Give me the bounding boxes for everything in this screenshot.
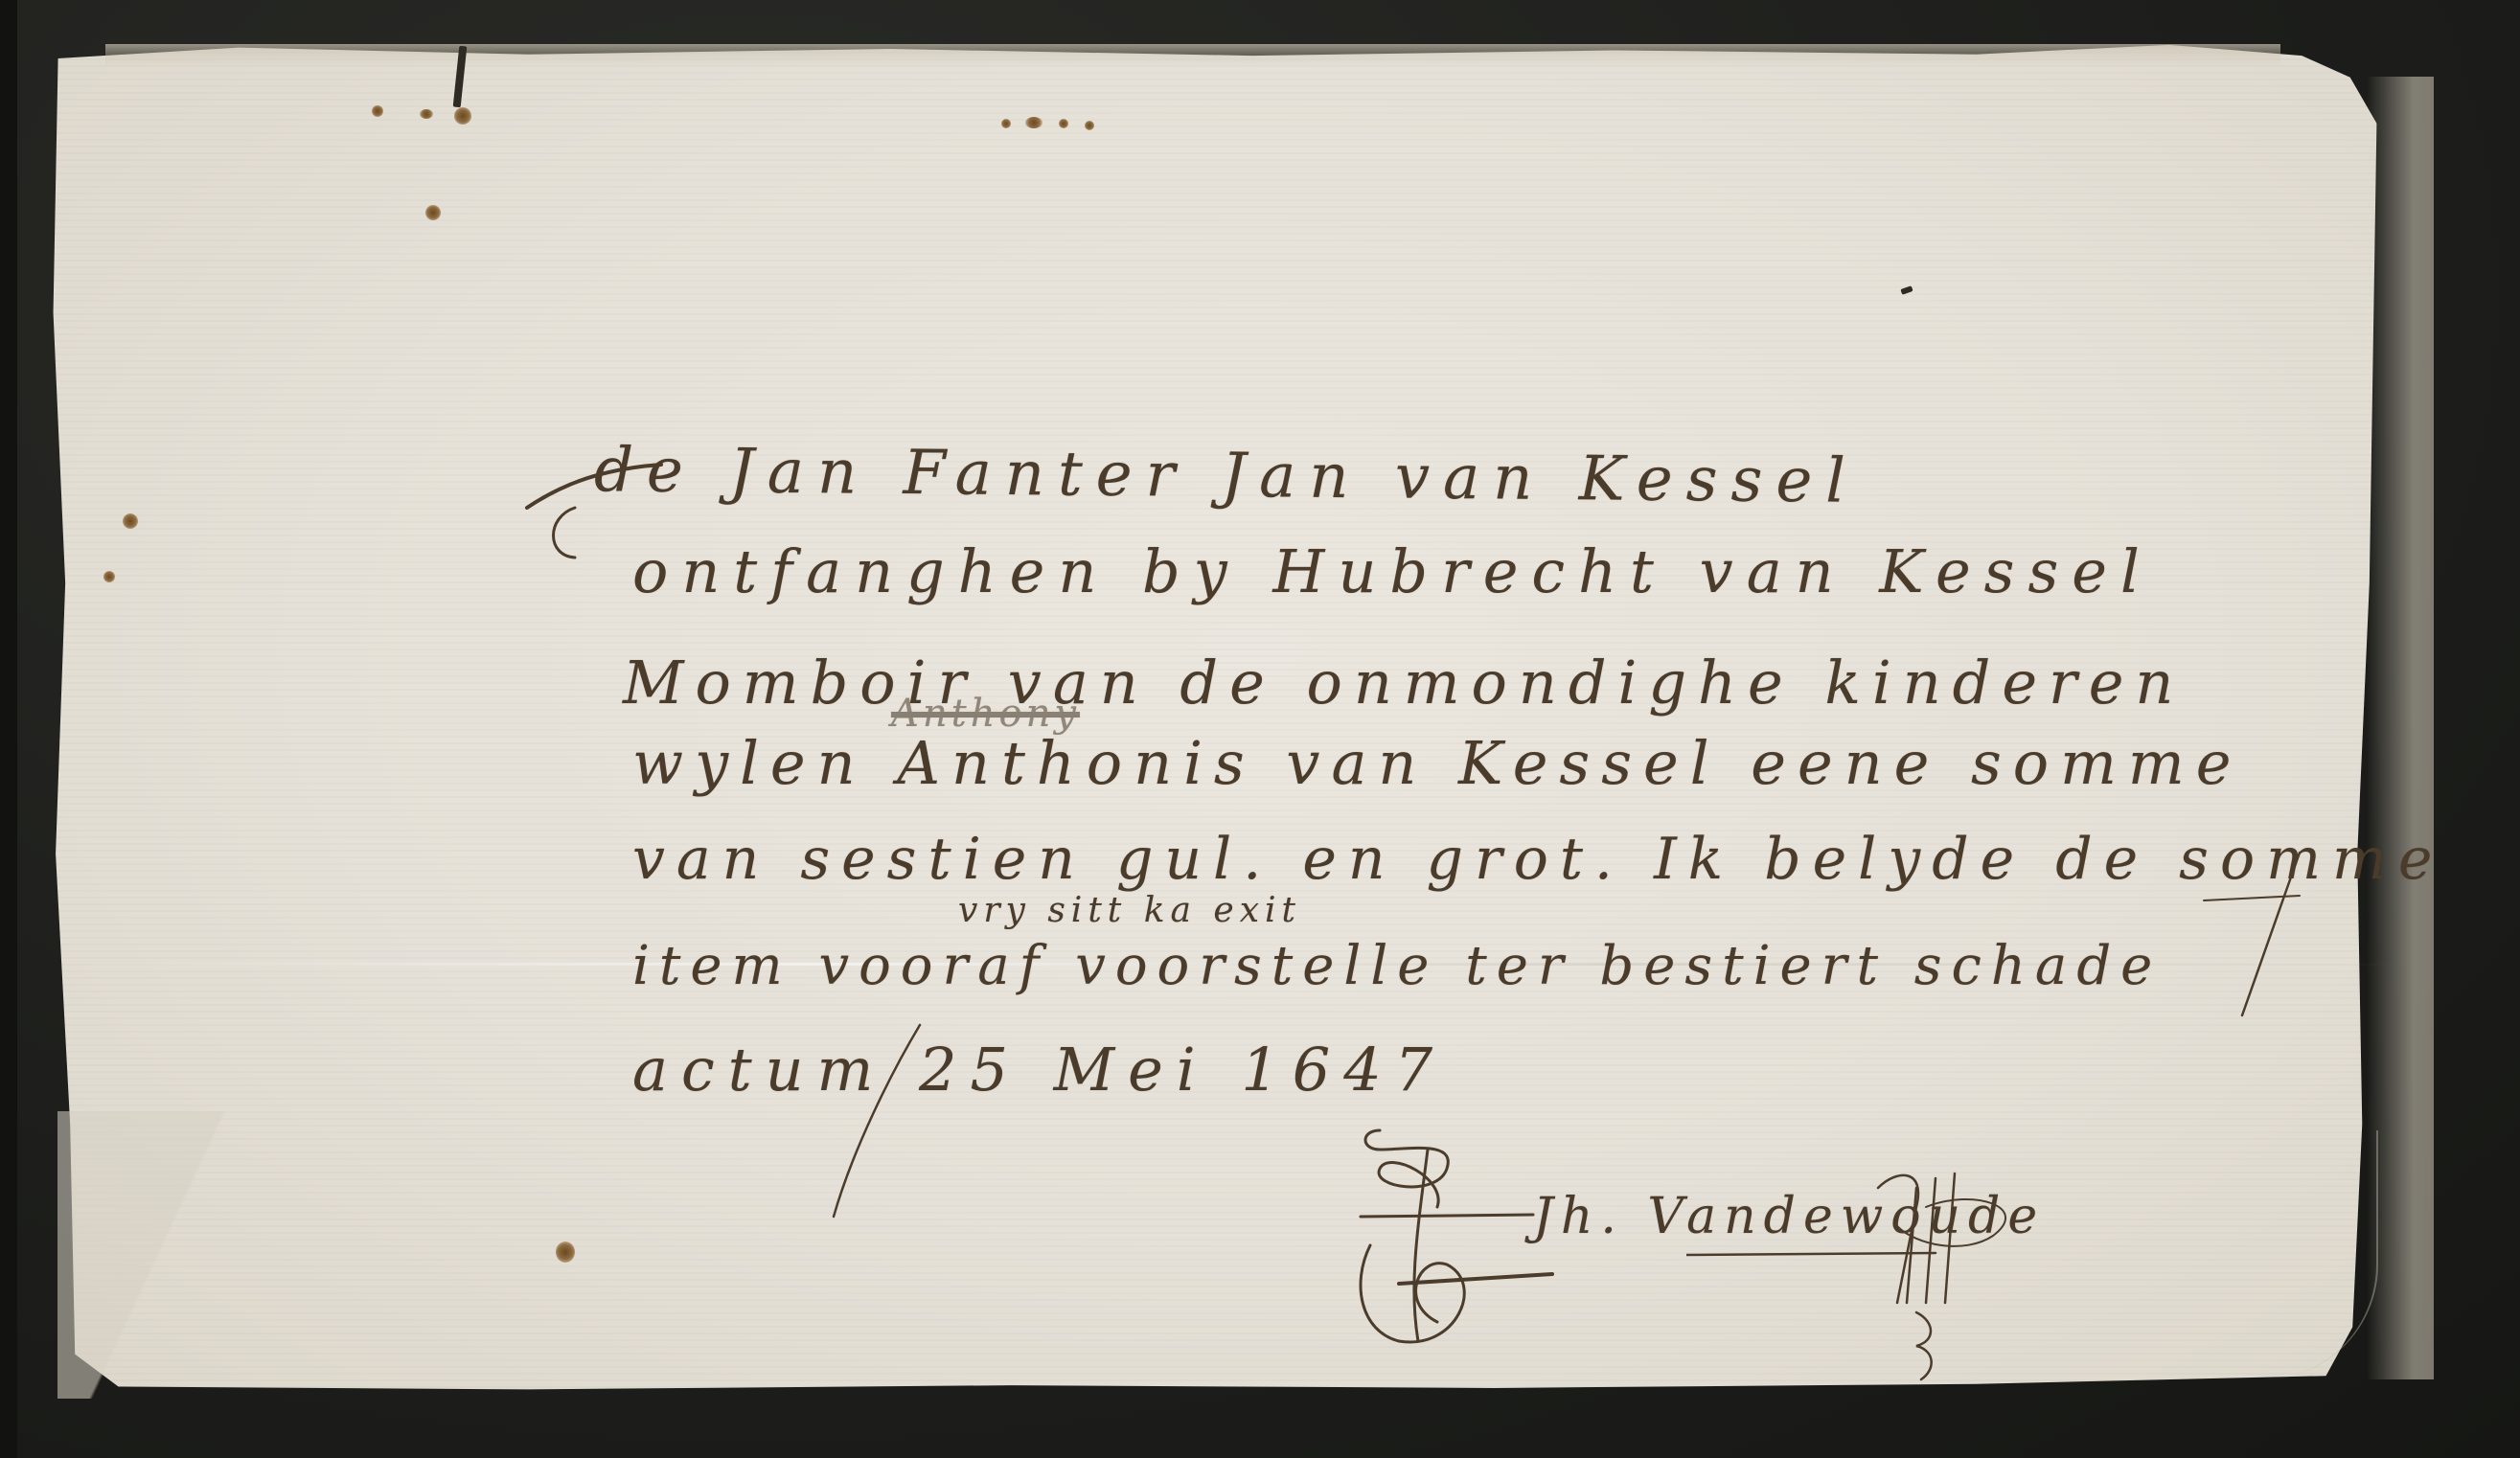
manuscript-line-7-date: actum 25 Mei 1647 [632, 1035, 1446, 1105]
manuscript-line-1: de Jan Fanter Jan van Kessel [594, 435, 1859, 517]
stain-dot [1059, 119, 1068, 128]
folded-corner [57, 1111, 268, 1399]
scanner-edge-strip [0, 0, 17, 1458]
stain-dot [103, 571, 115, 582]
signature-trailing-flourish-icon [1686, 1150, 2031, 1399]
closing-bracket-flourish-icon [2185, 843, 2319, 1035]
stain-dot [123, 513, 138, 529]
stain-dot [454, 107, 471, 125]
paper-sheet [46, 42, 2459, 1395]
stain-dot [1085, 121, 1094, 130]
manuscript-line-4: wylen Anthonis van Kessel eene somme [632, 728, 2242, 798]
stain-dot [556, 1242, 575, 1263]
manuscript-line-5: van sestien gul. en grot. Ik belyde de s… [632, 826, 2443, 893]
manuscript-line-6: item vooraf voorstelle ter bestiert scha… [632, 935, 2162, 997]
interlinear-insertion: vry sitt ka exit [958, 891, 1301, 930]
stain-dot [420, 109, 433, 119]
manuscript-line-3: Momboir van de onmondighe kinderen [623, 648, 2185, 718]
stain-dot [1025, 117, 1042, 128]
stain-dot [1001, 119, 1011, 128]
stain-dot [372, 105, 383, 117]
paper-top-edge-wear [105, 44, 2280, 67]
struck-out-word: Anthony [891, 692, 1080, 736]
descender-stroke-icon [814, 1015, 929, 1226]
opening-flourish-icon [517, 450, 671, 565]
manuscript-line-4-text: wylen Anthonis van Kessel eene somme [632, 728, 2242, 798]
stain-dot [425, 205, 441, 220]
manuscript-line-2: ontfanghen by Hubrecht van Kessel [632, 536, 2153, 606]
